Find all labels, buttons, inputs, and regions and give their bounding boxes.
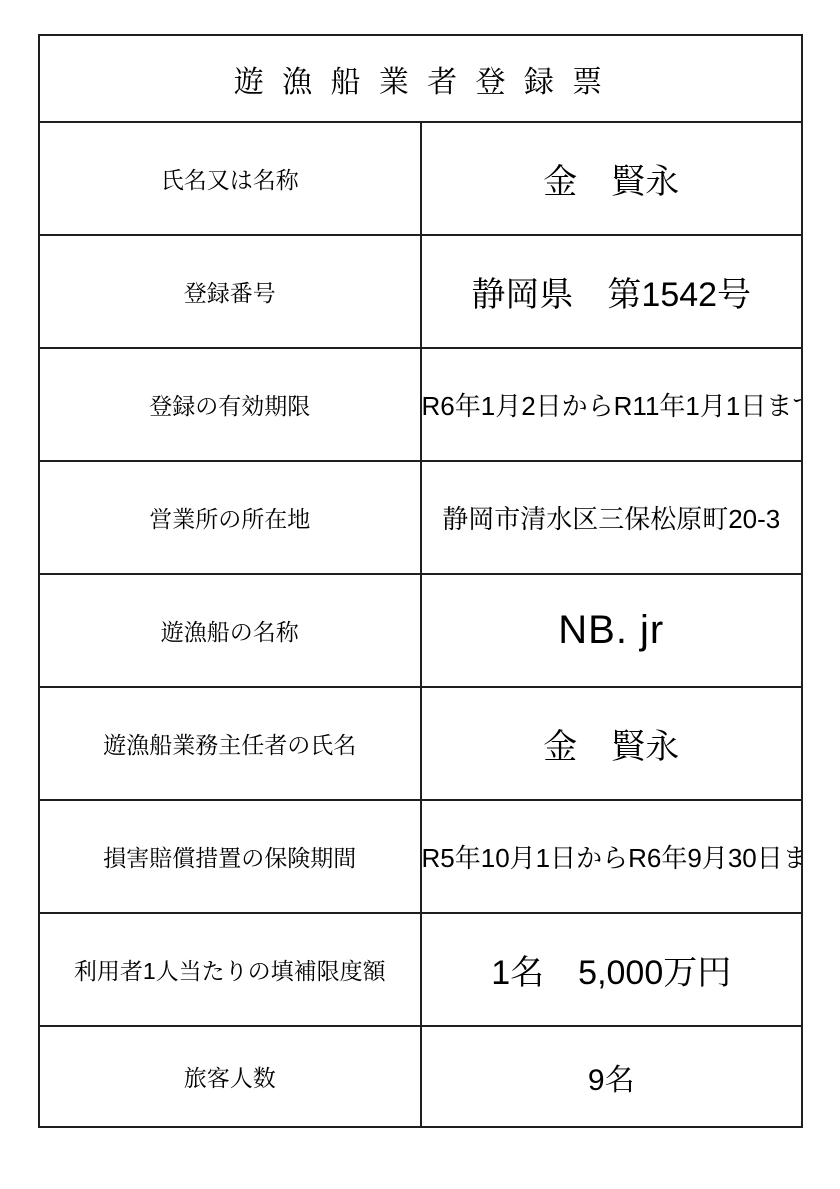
operations-chief-name-label: 遊漁船業務主任者の氏名 <box>39 687 421 800</box>
operations-chief-name-value: 金 賢永 <box>421 687 803 800</box>
office-address-value: 静岡市清水区三保松原町20-3 <box>421 461 803 574</box>
document-title: 遊 漁 船 業 者 登 録 票 <box>39 35 802 122</box>
boat-name-value: NB. jr <box>421 574 803 687</box>
row-office-address: 営業所の所在地 静岡市清水区三保松原町20-3 <box>39 461 802 574</box>
registration-validity-value: R6年1月2日からR11年1月1日まで <box>421 348 803 461</box>
boat-name-label: 遊漁船の名称 <box>39 574 421 687</box>
passenger-count-label: 旅客人数 <box>39 1026 421 1127</box>
registration-validity-label: 登録の有効期限 <box>39 348 421 461</box>
registration-number-value: 静岡県 第1542号 <box>421 235 803 348</box>
compensation-limit-label: 利用者1人当たりの填補限度額 <box>39 913 421 1026</box>
title-row: 遊 漁 船 業 者 登 録 票 <box>39 35 802 122</box>
office-address-label: 営業所の所在地 <box>39 461 421 574</box>
owner-name-label: 氏名又は名称 <box>39 122 421 235</box>
registration-card-table: 遊 漁 船 業 者 登 録 票 氏名又は名称 金 賢永 登録番号 静岡県 第15… <box>38 34 803 1128</box>
row-registration-validity: 登録の有効期限 R6年1月2日からR11年1月1日まで <box>39 348 802 461</box>
row-compensation-limit-per-user: 利用者1人当たりの填補限度額 1名 5,000万円 <box>39 913 802 1026</box>
row-owner-name: 氏名又は名称 金 賢永 <box>39 122 802 235</box>
row-registration-number: 登録番号 静岡県 第1542号 <box>39 235 802 348</box>
insurance-period-label: 損害賠償措置の保険期間 <box>39 800 421 913</box>
row-passenger-count: 旅客人数 9名 <box>39 1026 802 1127</box>
row-boat-name: 遊漁船の名称 NB. jr <box>39 574 802 687</box>
registration-number-label: 登録番号 <box>39 235 421 348</box>
insurance-period-value: R5年10月1日からR6年9月30日まで <box>421 800 803 913</box>
row-insurance-period: 損害賠償措置の保険期間 R5年10月1日からR6年9月30日まで <box>39 800 802 913</box>
owner-name-value: 金 賢永 <box>421 122 803 235</box>
compensation-limit-value: 1名 5,000万円 <box>421 913 803 1026</box>
passenger-count-value: 9名 <box>421 1026 803 1127</box>
row-operations-chief-name: 遊漁船業務主任者の氏名 金 賢永 <box>39 687 802 800</box>
